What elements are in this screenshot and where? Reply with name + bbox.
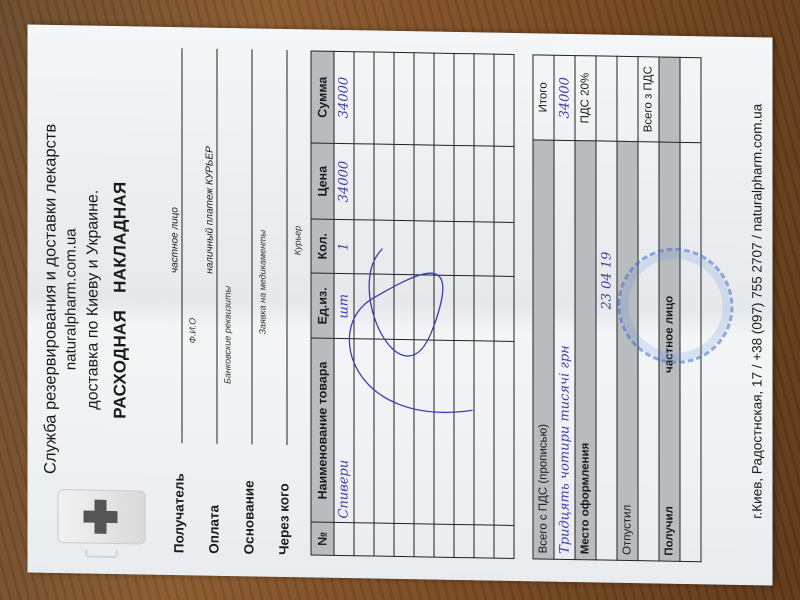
- vat-label: ПДС 20%: [575, 56, 596, 141]
- column-header: №: [311, 522, 334, 555]
- field-label: Оплата: [207, 505, 222, 554]
- field-payment: Оплата Банковские реквизиты наличный пла…: [193, 48, 228, 554]
- table-cell: [494, 526, 514, 559]
- table-cell: [334, 523, 354, 556]
- table-cell: [374, 52, 394, 145]
- field-value: частное лицо: [170, 207, 181, 273]
- table-cell: [414, 524, 434, 557]
- date-value: 23 04 19: [596, 141, 617, 561]
- first-aid-kit-icon: [58, 489, 146, 553]
- title-word-2: НАКЛАДНАЯ: [111, 181, 130, 293]
- place-label: Место оформления: [575, 140, 596, 560]
- column-header: Сумма: [311, 51, 334, 144]
- table-cell: [494, 276, 514, 341]
- empty-cell: [617, 56, 638, 141]
- total-words-value: Тридцять чотири тисячі грн: [554, 140, 575, 560]
- field-recipient: Получатель Ф.И.О частное лицо: [158, 48, 193, 554]
- signature-scribble: [313, 207, 493, 450]
- table-cell: [414, 53, 434, 146]
- invoice-document: Служба резервирования и доставки лекарст…: [28, 24, 773, 585]
- received-label: Получил: [664, 506, 676, 556]
- table-cell: [394, 524, 414, 557]
- table-cell: [354, 52, 374, 145]
- table-cell: [454, 525, 474, 558]
- table-cell: [354, 523, 374, 556]
- table-cell: [454, 53, 474, 146]
- recipient-fields: Получатель Ф.И.О частное лицо Оплата Бан…: [158, 48, 298, 555]
- field-label: Получатель: [172, 473, 187, 553]
- table-cell: [474, 54, 494, 147]
- itogo-label: Итого: [533, 55, 554, 140]
- field-basis: Основание Заявка на медикаменты: [228, 49, 263, 555]
- title-word-1: РАСХОДНАЯ: [111, 310, 130, 419]
- released-label: Отпустил: [617, 141, 638, 561]
- table-cell: [434, 525, 454, 558]
- total-with-vat-value: [659, 57, 680, 142]
- field-label: Основание: [242, 480, 257, 554]
- field-value: наличный платеж КУРЬЕР: [205, 146, 216, 274]
- company-stamp-icon: [618, 247, 734, 365]
- table-cell: [494, 341, 514, 526]
- table-cell: [394, 52, 414, 145]
- field-value: Курьер: [293, 226, 303, 256]
- total-words-label: Всего с ПДС (прописью): [533, 140, 554, 560]
- itogo-value: 34000: [554, 55, 575, 140]
- table-cell: [474, 525, 494, 558]
- table-cell: [494, 146, 514, 222]
- table-cell: [494, 54, 514, 147]
- table-cell: [434, 53, 454, 146]
- field-label: Через кого: [277, 483, 292, 555]
- vat-value: [596, 56, 617, 141]
- table-row: [494, 54, 514, 558]
- table-cell: 34000: [334, 51, 354, 144]
- field-via: Через кого Курьер: [263, 50, 298, 556]
- table-cell: [494, 222, 514, 277]
- footer-contacts: г.Киев, Радостнская, 17 / +38 (097) 755 …: [750, 37, 765, 585]
- total-with-vat-label: Всего з ПДС: [638, 57, 659, 142]
- empty-cell: [680, 57, 701, 142]
- table-cell: [374, 524, 394, 557]
